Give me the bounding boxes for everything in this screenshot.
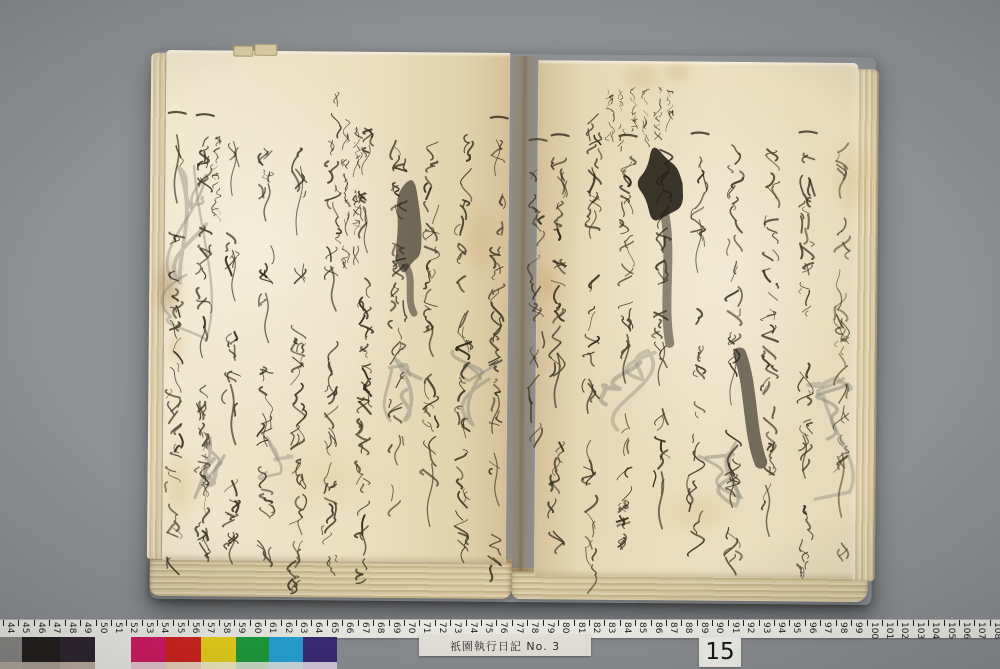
binding-tabs	[3, 0, 1000, 4]
color-patch-gray	[0, 637, 22, 662]
ruler-tick	[327, 620, 328, 626]
ruler-number: 57	[205, 622, 214, 633]
ruler-number: 55	[175, 622, 184, 633]
ruler-number: 63	[298, 622, 307, 633]
ruler-number: 44	[5, 622, 14, 633]
ruler-number: 50	[98, 622, 107, 633]
ruler-number: 69	[391, 622, 400, 633]
ruler-tick	[512, 620, 513, 626]
ruler-number: 106	[961, 622, 970, 639]
ruler-number: 75	[483, 622, 492, 633]
color-patch-pale-white	[95, 662, 131, 669]
ruler-number: 62	[283, 622, 292, 633]
ruler-number: 56	[190, 622, 199, 633]
ruler-tick	[80, 620, 81, 626]
ruler-tick	[466, 620, 467, 626]
caption-card: 祇園執行日記 No. 3	[419, 635, 591, 656]
ruler-tick	[543, 620, 544, 626]
ruler-number: 78	[529, 622, 538, 633]
ruler-tick	[851, 620, 852, 626]
ruler-number: 60	[252, 622, 261, 633]
ruler-number: 77	[514, 622, 523, 633]
ruler-number: 94	[776, 622, 785, 633]
color-patch-cyan	[269, 637, 303, 662]
ruler-number: 59	[236, 622, 245, 633]
ruler-number: 51	[113, 622, 122, 633]
ruler-number: 101	[884, 622, 893, 639]
color-patch-pale-gray	[0, 662, 22, 669]
ruler-tick	[404, 620, 405, 626]
ruler-number: 90	[714, 622, 723, 633]
color-patch-dark-violet	[60, 637, 95, 662]
ruler-number: 87	[668, 622, 677, 633]
ruler-number: 54	[159, 622, 168, 633]
color-patch-green	[236, 637, 269, 662]
ruler-tick	[651, 620, 652, 626]
caption-label: 祇園執行日記 No. 3	[450, 638, 560, 654]
ruler-number: 95	[791, 622, 800, 633]
binding-tab	[254, 44, 277, 56]
ruler-number: 79	[545, 622, 554, 633]
paper-stains	[3, 0, 1000, 4]
color-patch-white	[95, 637, 131, 662]
ruler-number: 58	[221, 622, 230, 633]
color-patch-pale-magenta	[131, 662, 166, 669]
ruler-number: 81	[576, 622, 585, 633]
ruler-tick	[774, 620, 775, 626]
ruler-number: 74	[468, 622, 477, 633]
color-patch-magenta	[131, 637, 166, 662]
ruler-number: 107	[976, 622, 985, 639]
ruler-tick	[759, 620, 760, 626]
ruler-number: 102	[899, 622, 908, 639]
ruler-tick	[574, 620, 575, 626]
archival-photo-stage: 4445464748495051525354555657585960616263…	[0, 0, 1000, 669]
ruler-tick	[111, 620, 112, 626]
ruler-tick	[743, 620, 744, 626]
ruler-tick	[173, 620, 174, 626]
ruler-number: 52	[128, 622, 137, 633]
ruler-tick	[728, 620, 729, 626]
ruler-number: 53	[144, 622, 153, 633]
ruler-tick	[188, 620, 189, 626]
ruler-tick	[867, 620, 868, 626]
color-patch-yellow	[201, 637, 236, 662]
ruler-tick	[913, 620, 914, 626]
ruler-number: 66	[344, 622, 353, 633]
binding-tab	[233, 46, 253, 57]
ruler-number: 105	[946, 622, 955, 639]
ruler-number: 88	[683, 622, 692, 633]
ruler-number: 85	[637, 622, 646, 633]
ruler-tick	[882, 620, 883, 626]
ruler-tick	[281, 620, 282, 626]
ruler-number: 98	[838, 622, 847, 633]
ruler-tick	[589, 620, 590, 626]
ruler-tick	[959, 620, 960, 626]
book-gutter	[504, 56, 540, 571]
ruler-number: 89	[699, 622, 708, 633]
ruler-number: 108	[992, 622, 1000, 639]
ruler-tick	[990, 620, 991, 626]
manuscript-book	[0, 0, 1000, 669]
ruler-tick	[34, 620, 35, 626]
ruler-tick	[142, 620, 143, 626]
ruler-number: 82	[591, 622, 600, 633]
ruler-tick	[358, 620, 359, 626]
ruler-tick	[944, 620, 945, 626]
color-patch-black	[22, 637, 60, 662]
ruler-number: 65	[329, 622, 338, 633]
color-patch-pale-cyan	[269, 662, 303, 669]
ruler-number: 73	[452, 622, 461, 633]
ruler-number: 99	[853, 622, 862, 633]
ruler-number: 103	[915, 622, 924, 639]
ruler-number: 84	[622, 622, 631, 633]
color-patch-pale-green	[236, 662, 269, 669]
ruler-tick	[481, 620, 482, 626]
ruler-number: 92	[745, 622, 754, 633]
color-patch-violet	[303, 637, 337, 662]
ruler-tick	[373, 620, 374, 626]
frame-number-card: 15	[699, 637, 741, 667]
ruler-tick	[96, 620, 97, 626]
ruler-tick	[296, 620, 297, 626]
ruler-number: 83	[606, 622, 615, 633]
color-patch-pale-dark-violet	[60, 662, 95, 669]
ruler-number: 93	[761, 622, 770, 633]
ruler-number: 61	[267, 622, 276, 633]
ruler-number: 80	[560, 622, 569, 633]
ruler-number: 48	[67, 622, 76, 633]
ruler-number: 46	[36, 622, 45, 633]
ruler-tick	[219, 620, 220, 626]
ruler-number: 49	[82, 622, 91, 633]
color-patch-pale-yellow	[201, 662, 236, 669]
ruler-tick	[250, 620, 251, 626]
ruler-number: 86	[653, 622, 662, 633]
ruler-tick	[3, 620, 4, 626]
ruler-tick	[805, 620, 806, 626]
ruler-tick	[836, 620, 837, 626]
ruler-number: 96	[807, 622, 816, 633]
ruler-tick	[435, 620, 436, 626]
ruler-tick	[65, 620, 66, 626]
color-patch-red	[166, 637, 201, 662]
ruler-number: 71	[421, 622, 430, 633]
color-patch-pale-red	[166, 662, 201, 669]
ruler-number: 45	[20, 622, 29, 633]
ruler-number: 100	[869, 622, 878, 639]
frame-number: 15	[705, 641, 734, 664]
ruler-tick	[389, 620, 390, 626]
color-patch-pale-black	[22, 662, 60, 669]
ruler-number: 97	[822, 622, 831, 633]
ruler-number: 104	[930, 622, 939, 639]
ruler-number: 68	[375, 622, 384, 633]
ruler-number: 70	[406, 622, 415, 633]
ruler-tick	[265, 620, 266, 626]
color-patch-pale-violet	[303, 662, 337, 669]
ruler-tick	[666, 620, 667, 626]
ruler-number: 76	[498, 622, 507, 633]
right-page	[534, 60, 858, 579]
ruler-number: 91	[730, 622, 739, 633]
ruler-number: 64	[313, 622, 322, 633]
ruler-tick	[697, 620, 698, 626]
left-page	[162, 50, 510, 563]
ruler-number: 72	[437, 622, 446, 633]
ruler-tick	[620, 620, 621, 626]
ruler-number: 67	[360, 622, 369, 633]
ruler-number: 47	[51, 622, 60, 633]
ruler-tick	[558, 620, 559, 626]
